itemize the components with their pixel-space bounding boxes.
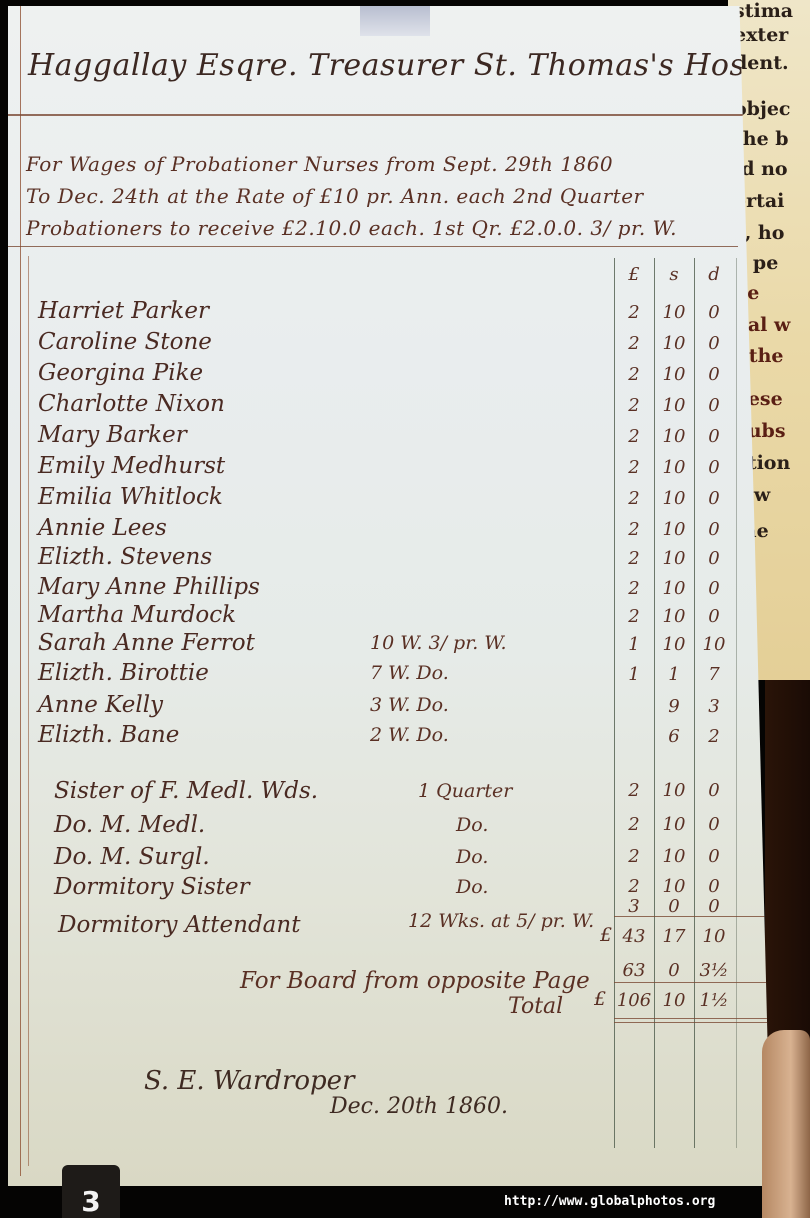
staff-name: Do. M. Surgl. [54, 844, 210, 870]
entry-pence: 0 [695, 488, 733, 509]
staff-pounds: 2 [615, 876, 653, 897]
subtotal-shillings: 17 [655, 926, 693, 947]
entry-pence: 0 [695, 333, 733, 354]
staff-shillings: 10 [655, 780, 693, 801]
staff-name: Sister of F. Medl. Wds. [54, 778, 318, 804]
staff-note: Do. [456, 846, 488, 868]
staff-shillings: 10 [655, 876, 693, 897]
ledger-page: Haggallay Esqre. Treasurer St. Thomas's … [8, 6, 770, 1186]
staff-note: 1 Quarter [418, 780, 512, 802]
description-line-2: To Dec. 24th at the Rate of £10 pr. Ann.… [26, 184, 644, 208]
entry-note: 3 W. Do. [370, 694, 449, 716]
entry-name: Elizth. Stevens [38, 544, 212, 570]
entry-shillings: 10 [655, 333, 693, 354]
header-pounds: £ [615, 264, 653, 285]
entry-pence: 0 [695, 519, 733, 540]
staff-pounds: 2 [615, 780, 653, 801]
description-rule [8, 246, 738, 247]
column-divider-pounds [614, 258, 615, 1148]
entry-pounds: 1 [615, 664, 653, 685]
entry-name: Sarah Anne Ferrot [38, 630, 255, 656]
entry-pence: 3 [695, 696, 733, 717]
entry-shillings: 10 [655, 395, 693, 416]
staff-name: Dormitory Attendant [58, 912, 300, 938]
total-double-rule-1 [614, 1018, 774, 1019]
entry-name: Georgina Pike [38, 360, 203, 386]
staff-pounds: 2 [615, 814, 653, 835]
entry-pounds: 1 [615, 634, 653, 655]
staff-pence: 0 [695, 876, 733, 897]
entry-shillings: 9 [655, 696, 693, 717]
staff-pounds: 2 [615, 846, 653, 867]
entry-pence: 7 [695, 664, 733, 685]
column-divider-right [736, 258, 737, 1148]
staff-name: Do. M. Medl. [54, 812, 205, 838]
entry-pounds: 2 [615, 606, 653, 627]
total-pence: 1½ [695, 990, 733, 1011]
total-double-rule-2 [614, 1022, 774, 1023]
entry-pounds: 2 [615, 548, 653, 569]
entry-shillings: 10 [655, 519, 693, 540]
entry-shillings: 10 [655, 548, 693, 569]
entry-pence: 10 [695, 634, 733, 655]
entry-name: Elizth. Birottie [38, 660, 209, 686]
entry-pence: 0 [695, 548, 733, 569]
entry-pence: 0 [695, 457, 733, 478]
entry-shillings: 10 [655, 457, 693, 478]
entry-note: 2 W. Do. [370, 724, 449, 746]
entry-name: Anne Kelly [38, 692, 163, 718]
entry-pence: 2 [695, 726, 733, 747]
entry-shillings: 10 [655, 302, 693, 323]
description-line-3: Probationers to receive £2.10.0 each. 1s… [26, 216, 677, 240]
total-label: Total [508, 994, 563, 1019]
margin-line [20, 6, 21, 1176]
entry-name: Mary Anne Phillips [38, 574, 260, 600]
entry-pounds: 2 [615, 457, 653, 478]
visitor-thumb [762, 1030, 810, 1218]
entry-name: Harriet Parker [38, 298, 209, 324]
board-label: For Board from opposite Page [240, 968, 590, 994]
staff-name: Dormitory Sister [54, 874, 250, 900]
entry-shillings: 1 [655, 664, 693, 685]
heading-rule [8, 114, 758, 116]
staff-pence: 0 [695, 780, 733, 801]
staff-pounds: 3 [615, 896, 653, 917]
printed-text-line: exter [734, 24, 788, 46]
entry-pence: 0 [695, 606, 733, 627]
header-pence: d [695, 264, 733, 285]
entry-pounds: 2 [615, 333, 653, 354]
staff-pence: 0 [695, 896, 733, 917]
total-pounds: 106 [615, 990, 653, 1011]
entry-name: Martha Murdock [38, 602, 236, 628]
margin-line-inner [28, 256, 29, 1166]
subtotal-rule [614, 916, 774, 917]
entry-pounds: 2 [615, 395, 653, 416]
entry-pence: 0 [695, 426, 733, 447]
staff-shillings: 0 [655, 896, 693, 917]
entry-shillings: 10 [655, 578, 693, 599]
staff-note: Do. [456, 814, 488, 836]
total-symbol: £ [594, 988, 606, 1010]
total-rule [614, 982, 774, 983]
entry-pence: 0 [695, 302, 733, 323]
exhibit-number-plaque: 3 [62, 1165, 120, 1218]
entry-name: Caroline Stone [38, 329, 212, 355]
board-shillings: 0 [655, 960, 693, 981]
entry-pounds: 2 [615, 519, 653, 540]
exhibit-number: 3 [62, 1185, 120, 1218]
entry-name: Charlotte Nixon [38, 391, 225, 417]
entry-name: Elizth. Bane [38, 722, 179, 748]
entry-shillings: 10 [655, 488, 693, 509]
entry-pounds: 2 [615, 578, 653, 599]
subtotal-symbol: £ [600, 924, 612, 946]
staff-note: Do. [456, 876, 488, 898]
header-shillings: s [655, 264, 693, 285]
entry-shillings: 10 [655, 426, 693, 447]
description-line-1: For Wages of Probationer Nurses from Sep… [26, 152, 613, 176]
staff-pence: 0 [695, 814, 733, 835]
entry-pounds: 2 [615, 488, 653, 509]
entry-shillings: 6 [655, 726, 693, 747]
watermark-url: http://www.globalphotos.org [504, 1194, 715, 1209]
entry-name: Mary Barker [38, 422, 187, 448]
signature: S. E. Wardroper [144, 1066, 355, 1096]
entry-pounds: 2 [615, 364, 653, 385]
entry-pounds: 2 [615, 302, 653, 323]
entry-name: Emilia Whitlock [38, 484, 223, 510]
signature-date: Dec. 20th 1860. [330, 1094, 508, 1119]
entry-name: Emily Medhurst [38, 453, 225, 479]
entry-pence: 0 [695, 395, 733, 416]
staff-shillings: 10 [655, 814, 693, 835]
mounting-tab [360, 6, 430, 36]
staff-pence: 0 [695, 846, 733, 867]
entry-shillings: 10 [655, 634, 693, 655]
staff-note: 12 Wks. at 5/ pr. W. [408, 910, 594, 932]
entry-note: 7 W. Do. [370, 662, 449, 684]
subtotal-pounds: 43 [615, 926, 653, 947]
total-shillings: 10 [655, 990, 693, 1011]
board-pounds: 63 [615, 960, 653, 981]
entry-pence: 0 [695, 578, 733, 599]
entry-shillings: 10 [655, 606, 693, 627]
printed-text-line: stima [734, 0, 793, 22]
subtotal-pence: 10 [695, 926, 733, 947]
entry-pence: 0 [695, 364, 733, 385]
printed-text-line: dent. [734, 52, 789, 74]
page-heading: Haggallay Esqre. Treasurer St. Thomas's … [28, 48, 785, 83]
entry-note: 10 W. 3/ pr. W. [370, 632, 507, 654]
entry-shillings: 10 [655, 364, 693, 385]
board-pence: 3½ [695, 960, 733, 981]
entry-pounds: 2 [615, 426, 653, 447]
entry-name: Annie Lees [38, 515, 167, 541]
staff-shillings: 10 [655, 846, 693, 867]
